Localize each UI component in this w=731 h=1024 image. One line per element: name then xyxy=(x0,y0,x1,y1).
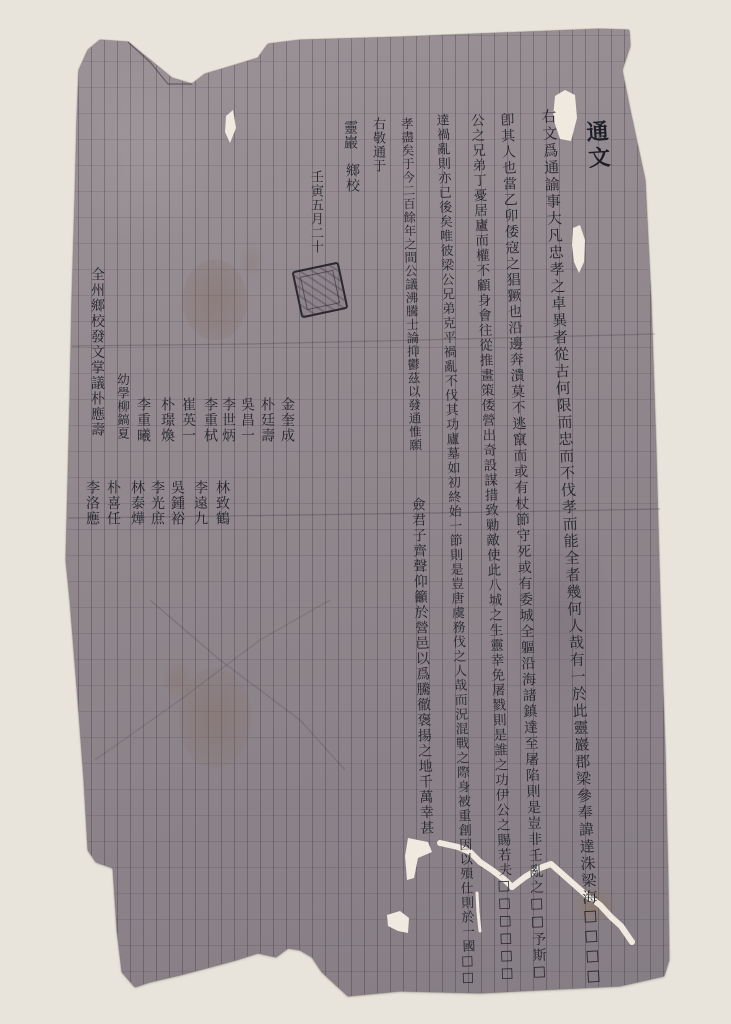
signatory-name: 朴璟煥 xyxy=(160,397,174,444)
addressee-line: 右敬通于 xyxy=(371,117,384,173)
signatory-name: 李洛應 xyxy=(85,480,99,527)
official-seal-stamp xyxy=(292,262,349,319)
signatory-name: 朴廷壽 xyxy=(260,397,274,444)
signatory-name: 李世炳 xyxy=(221,397,235,444)
signatory-name: 李光庶 xyxy=(150,480,164,527)
signatory-name: 金奎成 xyxy=(280,397,294,444)
hole-top-left xyxy=(225,110,236,143)
signatory-youhak: 幼學柳鎬夏 xyxy=(116,373,129,440)
recipient-institution: 鄉校 xyxy=(345,163,359,193)
signatory-name: 崔英一 xyxy=(181,397,195,444)
signatory-name: 朴喜任 xyxy=(106,480,120,527)
hole-right-slit xyxy=(572,225,585,273)
signatory-name: 李重栻 xyxy=(203,397,217,444)
signatory-name: 吳昌一 xyxy=(240,397,254,444)
signatory-name: 李遠九 xyxy=(193,480,207,527)
document-title: 通文 xyxy=(584,119,610,172)
hole-bottom-e xyxy=(387,911,409,933)
signatory-name: 林泰燁 xyxy=(130,480,144,527)
signatory-name: 吳鍾裕 xyxy=(170,480,184,527)
issue-date: 壬寅五月二十 xyxy=(309,170,322,254)
signatory-name: 林致鶴 xyxy=(215,480,229,527)
hole-bottom-a xyxy=(405,838,432,880)
recipient-place: 靈巖 xyxy=(343,120,357,150)
signatory-name: 李重曦 xyxy=(136,397,150,444)
sender-line: 全州鄉校發文掌議朴應壽 xyxy=(90,267,104,438)
seal-inner-border xyxy=(300,270,340,310)
